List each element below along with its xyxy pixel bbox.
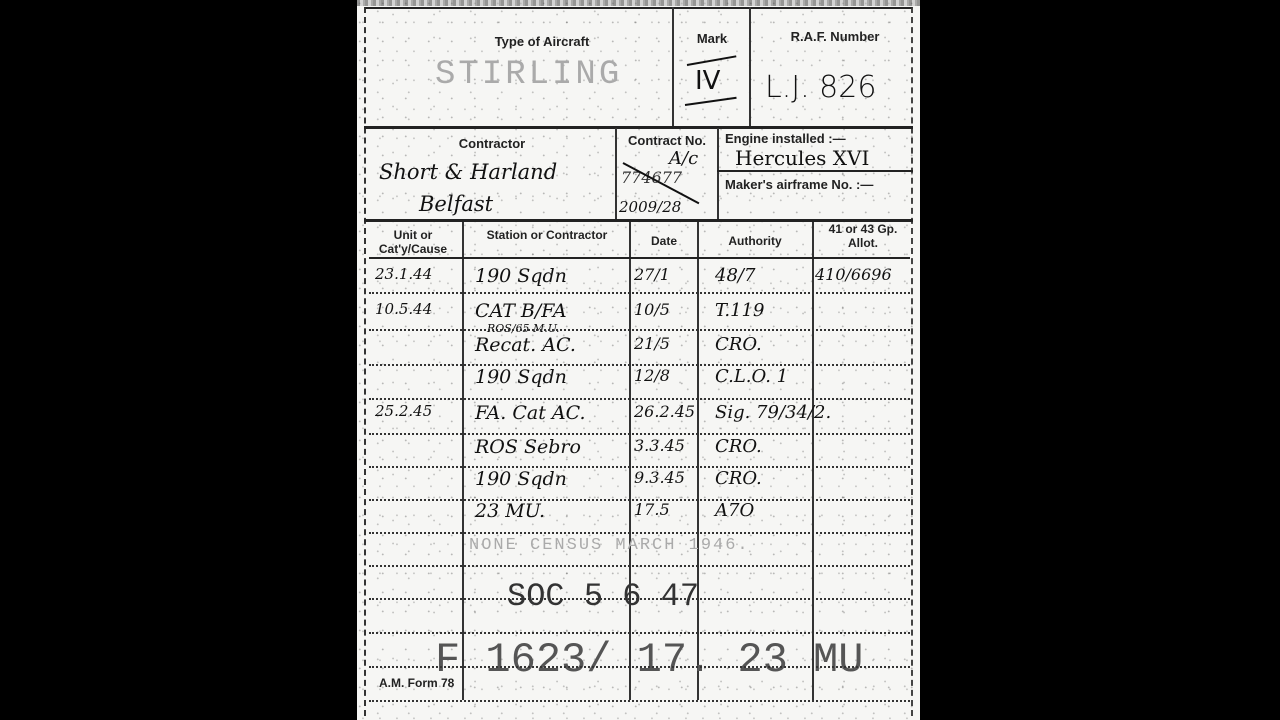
raf-number-label: R.A.F. Number [753,30,917,44]
mark-value: IV [695,66,720,96]
cell-date: 27/1 [634,265,670,284]
final-disposal-stamp: F 1623/ 17. 23 MU [435,636,863,684]
cell-station: ROS Sebro [475,436,581,458]
cell-authority: A7O [715,500,754,521]
cell-date: 21/5 [634,334,670,353]
mark-label: Mark [675,32,749,46]
col-header-unit: Unit or Cat'y/Cause [365,228,461,256]
contractor-line1: Short & Harland [379,160,557,184]
row-rule [369,666,910,668]
cell-unit: 23.1.44 [375,265,432,283]
col-header-authority: Authority [699,234,811,248]
cell-authority: CRO. [715,436,762,457]
contract-no-label: Contract No. [617,134,717,148]
header-rule [369,257,910,259]
cell-date: 17.5 [634,500,670,519]
cell-station: 190 Sqdn [475,468,567,490]
row-rule [369,466,910,468]
engine-installed-value: Hercules XVI [735,146,869,170]
raf-number-value: L.J. 826 [765,70,876,105]
contract-no-value: 2009/28 [619,198,681,216]
divider [717,128,719,220]
row-rule [369,364,910,366]
row-rule [369,499,910,501]
engine-installed-label: Engine installed :— [725,132,875,146]
cell-station: Recat. AC. [475,334,576,356]
cell-authority: T.119 [715,300,764,321]
cell-station: CAT B/FA [475,300,567,322]
cell-station: 190 Sqdn [475,265,567,287]
type-of-aircraft-value: STIRLING [435,56,622,94]
divider [672,7,674,127]
row-rule [369,433,910,435]
cell-station: 190 Sqdn [475,366,567,388]
cell-station: 23 MU. [475,500,545,522]
col-header-allot: 41 or 43 Gp. Allot. [815,222,911,250]
cell-date: 10/5 [634,300,670,319]
col-header-station: Station or Contractor [467,228,627,242]
divider [749,7,751,127]
cell-unit: 25.2.45 [375,402,432,420]
row-rule [369,329,910,331]
row-rule [369,292,910,294]
row-rule [369,700,910,702]
cell-authority: 48/7 [715,265,755,286]
card-top-edge [357,0,920,6]
soc-stamp: SOC 5 6 47 [507,578,699,615]
makers-airframe-label: Maker's airframe No. :— [725,178,915,192]
cell-authority: Sig. 79/34/2. [715,402,831,423]
type-of-aircraft-label: Type of Aircraft [417,35,667,49]
cell-authority: CRO. [715,334,762,355]
census-stamp: NONE CENSUS MARCH 1946. [469,536,750,555]
form-id: A.M. Form 78 [379,676,499,690]
rule [364,126,913,129]
row-rule [369,398,910,400]
row-rule [369,565,910,567]
cell-unit: 10.5.44 [375,300,432,318]
cell-date: 12/8 [634,366,670,385]
contractor-label: Contractor [377,137,607,151]
aircraft-record-card: Type of Aircraft STIRLING Mark IV R.A.F.… [357,0,920,720]
cell-authority: C.L.O. 1 [715,366,788,387]
cell-date: 26.2.45 [634,402,695,421]
cell-station: FA. Cat AC. [475,402,586,424]
contractor-line2: Belfast [419,192,493,216]
col-header-date: Date [631,234,697,248]
cell-date: 9.3.45 [634,468,685,487]
row-rule [369,632,910,634]
cell-allot: 410/6696 [815,265,892,284]
row-rule [369,598,910,600]
row-rule [369,532,910,534]
rule [717,170,913,172]
cell-authority: CRO. [715,468,762,489]
contract-no-prefix: A/c [669,148,698,169]
cell-date: 3.3.45 [634,436,685,455]
